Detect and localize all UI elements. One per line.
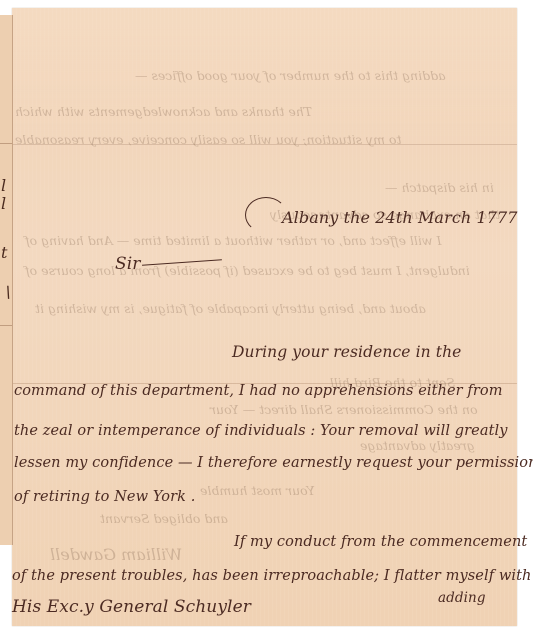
bleed-line: adding this to the number of your good o… [135, 68, 446, 83]
catchword: adding [438, 590, 486, 606]
bleed-line: Your most humble [200, 483, 315, 498]
body-line: the zeal or intemperance of individuals … [14, 423, 508, 439]
bleed-line: in his dispatch — [385, 180, 494, 195]
bleed-line: William Gawdell [50, 545, 182, 564]
body-line: During your residence in the [232, 343, 461, 361]
left-strip-mark: t [1, 245, 7, 261]
bleed-line: on the Commissioners Shall direct — Your [210, 402, 478, 417]
date-flourish [245, 197, 287, 233]
left-strip-mark: l [1, 178, 6, 194]
salutation: Sir [115, 254, 141, 274]
place-date: Albany the 24th March 1777 [282, 208, 518, 227]
body-line: of retiring to New York . [14, 489, 195, 505]
bleed-line: greatly advantage [360, 438, 475, 453]
addressee: His Exc.y General Schuyler [12, 597, 251, 617]
bleed-line: indulgent, I must beg to be excused (if … [25, 263, 470, 278]
bleed-line: about and, being utterly incapable of fa… [35, 301, 426, 316]
body-line: of the present troubles, has been irrepr… [12, 568, 532, 584]
left-strip-mark: ∖ [1, 285, 11, 301]
body-line: If my conduct from the commencement [234, 534, 527, 550]
bleed-line: I will effect and, or rather without a l… [25, 233, 442, 248]
body-line: command of this department, I had no app… [14, 383, 503, 399]
bleed-line: The thanks and acknowledgements with whi… [15, 104, 312, 119]
body-line: lessen my confidence — I therefore earne… [14, 455, 533, 471]
bleed-line: and obliged Servant [100, 511, 228, 526]
left-paper-strip [0, 15, 13, 545]
bleed-line: to my situation; you will so easily conc… [15, 132, 402, 147]
left-strip-fold [0, 325, 12, 326]
left-strip-fold [0, 143, 12, 144]
left-strip-mark: l [1, 196, 6, 212]
